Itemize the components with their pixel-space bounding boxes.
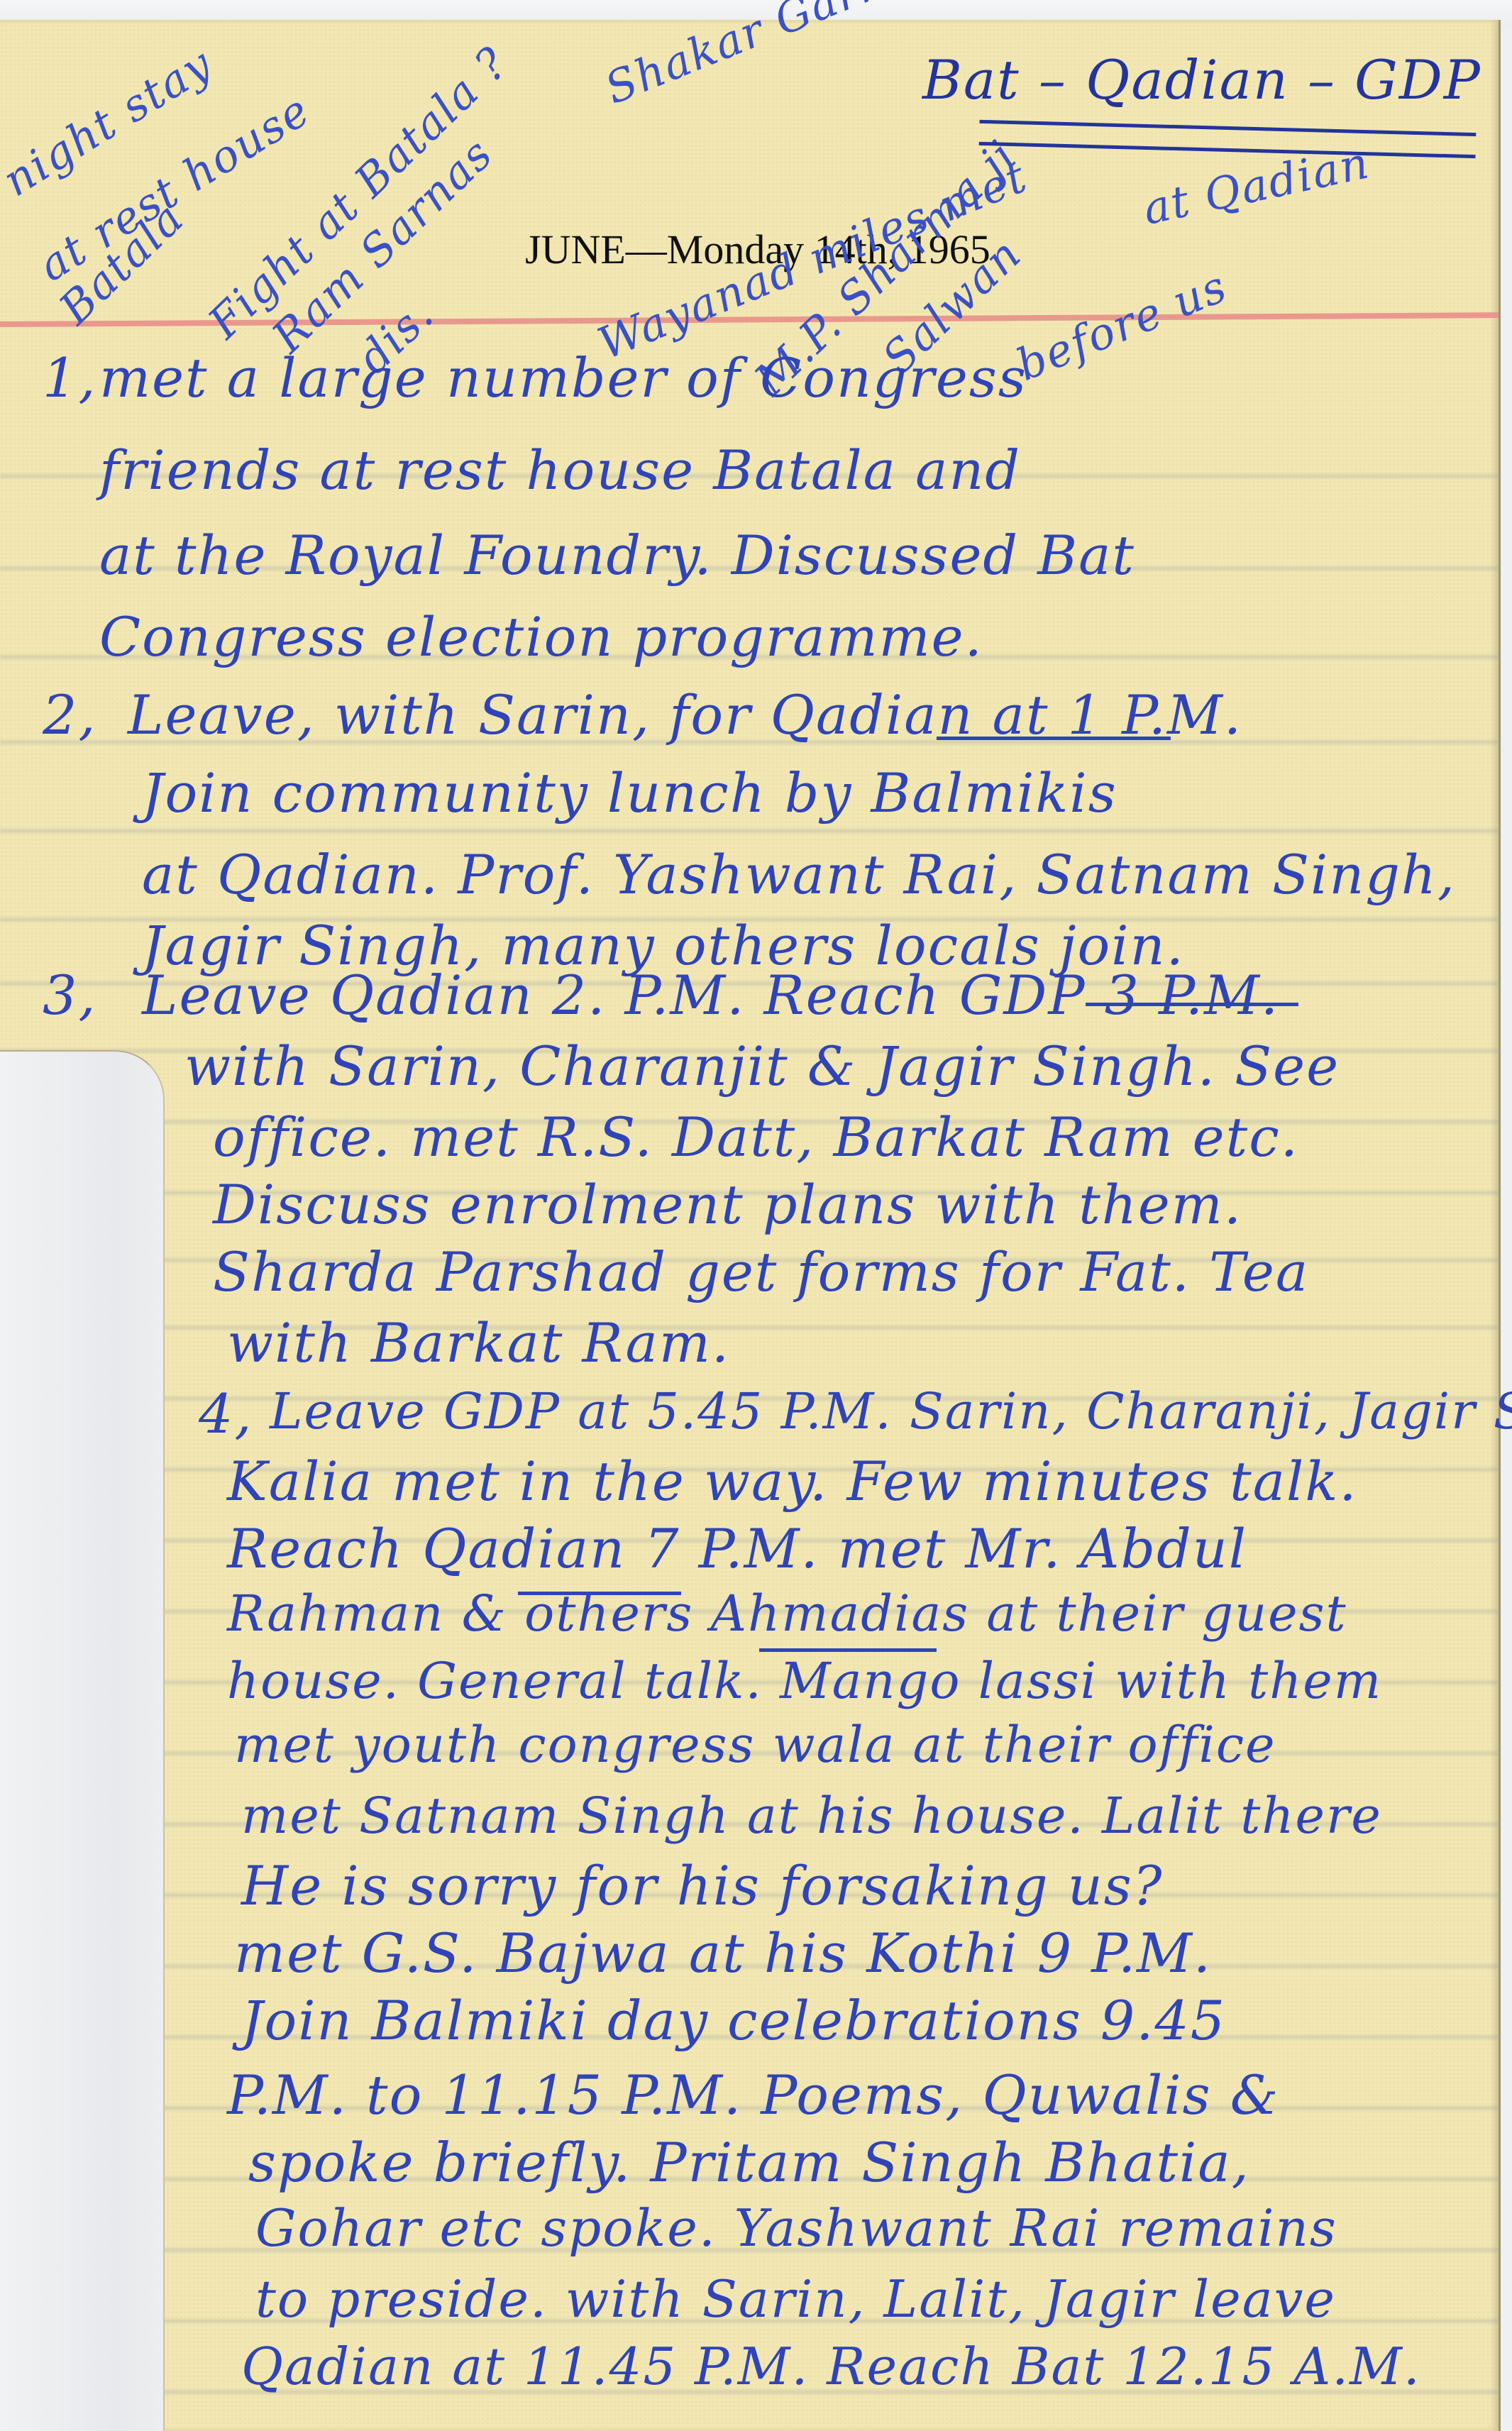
entry-3-line: Sharda Parshad get forms for Fat. Tea xyxy=(213,1240,1309,1303)
route-heading-underline xyxy=(979,120,1477,158)
diary-page: JUNE—Monday 14th, 1965 night stay at res… xyxy=(0,20,1501,2431)
underline xyxy=(1086,1003,1298,1006)
entry-4-line: met G.S. Bajwa at his Kothi 9 P.M. xyxy=(234,1922,1212,1985)
entry-4-line: spoke briefly. Pritam Singh Bhatia, xyxy=(248,2131,1250,2194)
entry-1-line: friends at rest house Batala and xyxy=(99,439,1021,502)
ruled-line xyxy=(0,1325,1499,1330)
entry-4-line: met youth congress wala at their office xyxy=(234,1716,1276,1774)
route-heading: Bat – Qadian – GDP xyxy=(922,48,1481,111)
underline xyxy=(937,737,1171,740)
entry-4-line: house. General talk. Mango lassi with th… xyxy=(227,1652,1382,1710)
entry-1-line: at the Royal Foundry. Discussed Bat xyxy=(99,524,1135,587)
entry-number: 3, xyxy=(43,964,97,1027)
entry-4-line: He is sorry for his forsaking us? xyxy=(241,1854,1164,1917)
ruled-line xyxy=(0,829,1499,833)
margin-note: before us xyxy=(1010,260,1235,391)
entry-4-line: Join Balmiki day celebrations 9.45 xyxy=(241,1989,1226,2052)
entry-4-line: P.M. to 11.15 P.M. Poems, Quwalis & xyxy=(227,2063,1279,2127)
page-cutout-background xyxy=(0,1050,165,2431)
entry-4-line: Kalia met in the way. Few minutes talk. xyxy=(227,1450,1358,1513)
entry-4-line: Rahman & others Ahmadias at their guest xyxy=(227,1584,1347,1643)
entry-3-line: office. met R.S. Datt, Barkat Ram etc. xyxy=(213,1106,1299,1169)
entry-number: 1, xyxy=(43,346,97,409)
entry-4-line: Qadian at 11.45 P.M. Reach Bat 12.15 A.M… xyxy=(241,2337,1421,2396)
entry-2-line: at Qadian. Prof. Yashwant Rai, Satnam Si… xyxy=(142,843,1456,906)
underline xyxy=(518,1592,681,1595)
underline xyxy=(759,1648,937,1652)
entry-4-line: Gohar etc spoke. Yashwant Rai remains xyxy=(255,2198,1337,2258)
entry-1-line: Congress election programme. xyxy=(99,605,983,668)
entry-2-line: Join community lunch by Balmikis xyxy=(142,761,1118,825)
entry-3-line: with Barkat Ram. xyxy=(227,1311,730,1374)
entry-number: 4, xyxy=(199,1382,253,1445)
entry-3-line: Discuss enrolment plans with them. xyxy=(213,1173,1242,1236)
entry-4-line: met Satnam Singh at his house. Lalit the… xyxy=(241,1787,1382,1845)
entry-4-line: to preside. with Sarin, Lalit, Jagir lea… xyxy=(255,2269,1336,2329)
entry-4-line: Leave GDP at 5.45 P.M. Sarin, Charanji, … xyxy=(270,1382,1512,1440)
entry-3-line: with Sarin, Charanjit & Jagir Singh. See xyxy=(184,1035,1340,1098)
entry-number: 2, xyxy=(43,683,97,746)
entry-3-line: Leave Qadian 2. P.M. Reach GDP 3 P.M. xyxy=(142,964,1279,1027)
entry-4-line: Reach Qadian 7 P.M. met Mr. Abdul xyxy=(227,1517,1247,1580)
entry-1-line: met a large number of Congress xyxy=(99,346,1027,409)
